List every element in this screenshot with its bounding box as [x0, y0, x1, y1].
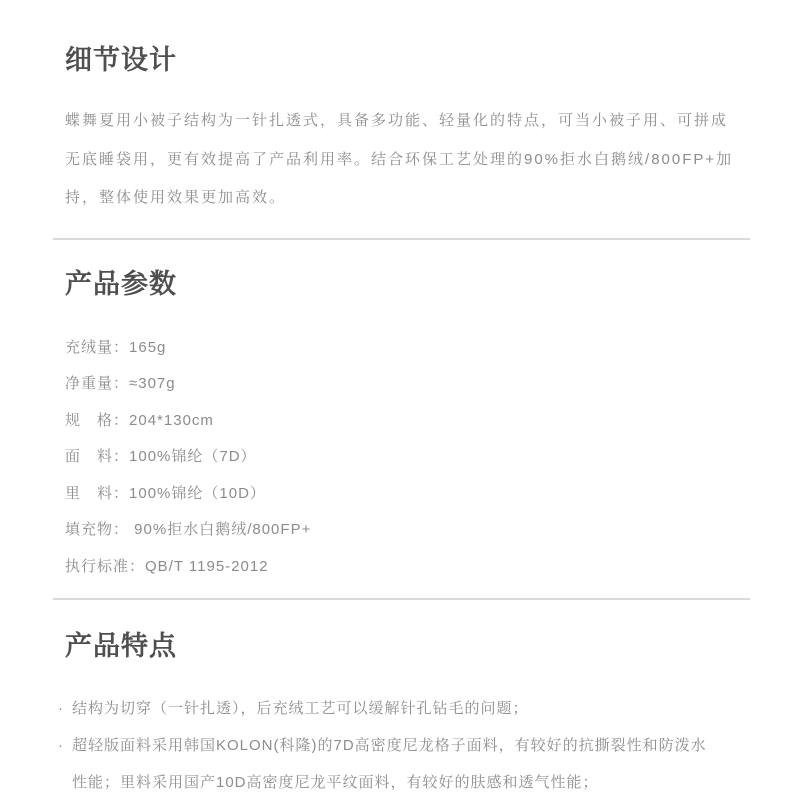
spec-row: 面 料：100%锦纶（7D） [65, 439, 755, 476]
detail-design-paragraph: 蝶舞夏用小被子结构为一针扎透式，具备多功能、轻量化的特点，可当小被子用、可拼成无… [65, 102, 743, 218]
spec-row: 里 料：100%锦纶（10D） [65, 476, 755, 513]
section-divider [53, 598, 750, 600]
spec-label: 充绒量： [65, 339, 129, 356]
product-params-title: 产品参数 [65, 268, 755, 300]
spec-value: ≈307g [129, 375, 176, 392]
detail-design-title: 细节设计 [65, 0, 755, 76]
feature-item: · 超轻版面料采用韩国KOLON(科隆)的7D高密度尼龙格子面料，有较好的抗撕裂… [58, 727, 755, 800]
spec-row: 执行标准：QB/T 1195-2012 [65, 549, 755, 586]
section-detail-design: 细节设计 蝶舞夏用小被子结构为一针扎透式，具备多功能、轻量化的特点，可当小被子用… [65, 0, 755, 218]
product-detail-page: 细节设计 蝶舞夏用小被子结构为一针扎透式，具备多功能、轻量化的特点，可当小被子用… [0, 0, 800, 800]
spec-label: 净重量： [65, 375, 129, 392]
spec-row: 规 格：204*130cm [65, 403, 755, 440]
bullet-dot-icon: · [58, 727, 72, 764]
spec-label: 里 料： [65, 485, 129, 502]
spec-list: 充绒量：165g 净重量：≈307g 规 格：204*130cm 面 料：100… [65, 330, 755, 586]
spec-row: 填充物： 90%拒水白鹅绒/800FP+ [65, 512, 755, 549]
spec-label: 规 格： [65, 412, 129, 429]
product-features-title: 产品特点 [65, 630, 755, 662]
section-divider [53, 238, 750, 240]
spec-value: 165g [129, 339, 166, 356]
spec-label: 填充物： [65, 521, 129, 538]
spec-value: 100%锦纶（10D） [129, 485, 266, 502]
feature-item: · 结构为切穿（一针扎透），后充绒工艺可以缓解针孔钻毛的问题； [58, 690, 755, 727]
feature-list: · 结构为切穿（一针扎透），后充绒工艺可以缓解针孔钻毛的问题； · 超轻版面料采… [58, 690, 755, 800]
spec-label: 面 料： [65, 448, 129, 465]
spec-value: 90%拒水白鹅绒/800FP+ [129, 521, 311, 538]
spec-row: 净重量：≈307g [65, 366, 755, 403]
spec-value: 204*130cm [129, 412, 214, 429]
section-product-params: 产品参数 充绒量：165g 净重量：≈307g 规 格：204*130cm 面 … [65, 268, 755, 586]
section-product-features: 产品特点 · 结构为切穿（一针扎透），后充绒工艺可以缓解针孔钻毛的问题； · 超… [65, 630, 755, 800]
bullet-dot-icon: · [58, 690, 72, 727]
spec-label: 执行标准： [65, 558, 145, 575]
spec-value: 100%锦纶（7D） [129, 448, 257, 465]
feature-text: 超轻版面料采用韩国KOLON(科隆)的7D高密度尼龙格子面料，有较好的抗撕裂性和… [72, 727, 717, 800]
feature-text: 结构为切穿（一针扎透），后充绒工艺可以缓解针孔钻毛的问题； [72, 690, 529, 727]
spec-value: QB/T 1195-2012 [145, 558, 269, 575]
spec-row: 充绒量：165g [65, 330, 755, 367]
